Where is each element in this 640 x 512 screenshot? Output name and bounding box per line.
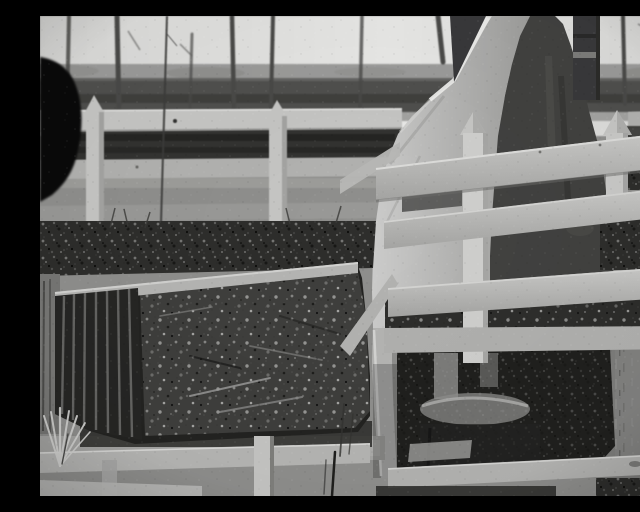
vignette (40, 16, 640, 496)
monochrome-photograph: Black-and-white photograph: white pyrami… (40, 16, 640, 496)
photo-canvas: Black-and-white photograph: white pyrami… (40, 16, 640, 496)
